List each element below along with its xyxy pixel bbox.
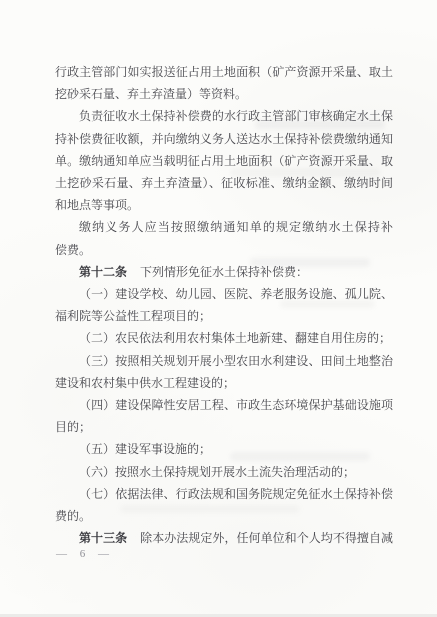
list-item-4: （四）建设保障性安居工程、市政生态环境保护基础设施项: [55, 394, 393, 416]
body-line: 和地点等事项。: [55, 194, 393, 216]
body-line: 缴纳义务人应当按照缴纳通知单的规定缴纳水土保持补: [55, 216, 393, 238]
article-12-number: 第十二条: [79, 265, 127, 279]
page-number: — 6 —: [56, 548, 112, 560]
list-item-6: （六）按照水土保持规划开展水土流失治理活动的；: [55, 461, 393, 483]
list-item-3: （三）按照相关规划开展小型农田水利建设、田间土地整治: [55, 350, 393, 372]
list-item-5: （五）建设军事设施的；: [55, 438, 393, 460]
body-line: 持补偿费征收额，并向缴纳义务人送达水土保持补偿费缴纳通知: [55, 128, 393, 150]
list-item-2: （二）农民依法利用农村集体土地新建、翻建自用住房的；: [55, 327, 393, 349]
list-item-7-cont: 费的。: [55, 505, 393, 527]
list-item-3-cont: 建设和农村集中供水工程建设的；: [55, 372, 393, 394]
body-line: 负责征收水土保持补偿费的水行政主管部门审核确定水土保: [55, 105, 393, 127]
list-item-1: （一）建设学校、幼儿园、医院、养老服务设施、孤儿院、: [55, 283, 393, 305]
body-line: 偿费。: [55, 239, 393, 261]
list-item-4-cont: 目的；: [55, 416, 393, 438]
scanned-document-page: 行政主管部门如实报送征占用土地面积（矿产资源开采量、取土 挖砂采石量、弃土弃渣量…: [0, 0, 437, 617]
article-12-text: 下列情形免征水土保持补偿费：: [140, 265, 308, 279]
article-13-number: 第十三条: [79, 531, 127, 545]
article-12-heading: 第十二条下列情形免征水土保持补偿费：: [55, 261, 393, 283]
list-item-1-cont: 福利院等公益性工程项目的；: [55, 305, 393, 327]
body-line: 行政主管部门如实报送征占用土地面积（矿产资源开采量、取土: [55, 61, 393, 83]
document-body: 行政主管部门如实报送征占用土地面积（矿产资源开采量、取土 挖砂采石量、弃土弃渣量…: [55, 61, 393, 549]
article-13-text: 除本办法规定外，任何单位和个人均不得擅自减: [140, 531, 393, 545]
body-line: 土挖砂采石量、弃土弃渣量）、征收标准、缴纳金额、缴纳时间: [55, 172, 393, 194]
list-item-7: （七）依据法律、行政法规和国务院规定免征水土保持补偿: [55, 483, 393, 505]
body-line: 挖砂采石量、弃土弃渣量）等资料。: [55, 83, 393, 105]
body-line: 单。缴纳通知单应当载明征占用土地面积（矿产资源开采量、取: [55, 150, 393, 172]
article-13-heading: 第十三条除本办法规定外，任何单位和个人均不得擅自减: [55, 527, 393, 549]
